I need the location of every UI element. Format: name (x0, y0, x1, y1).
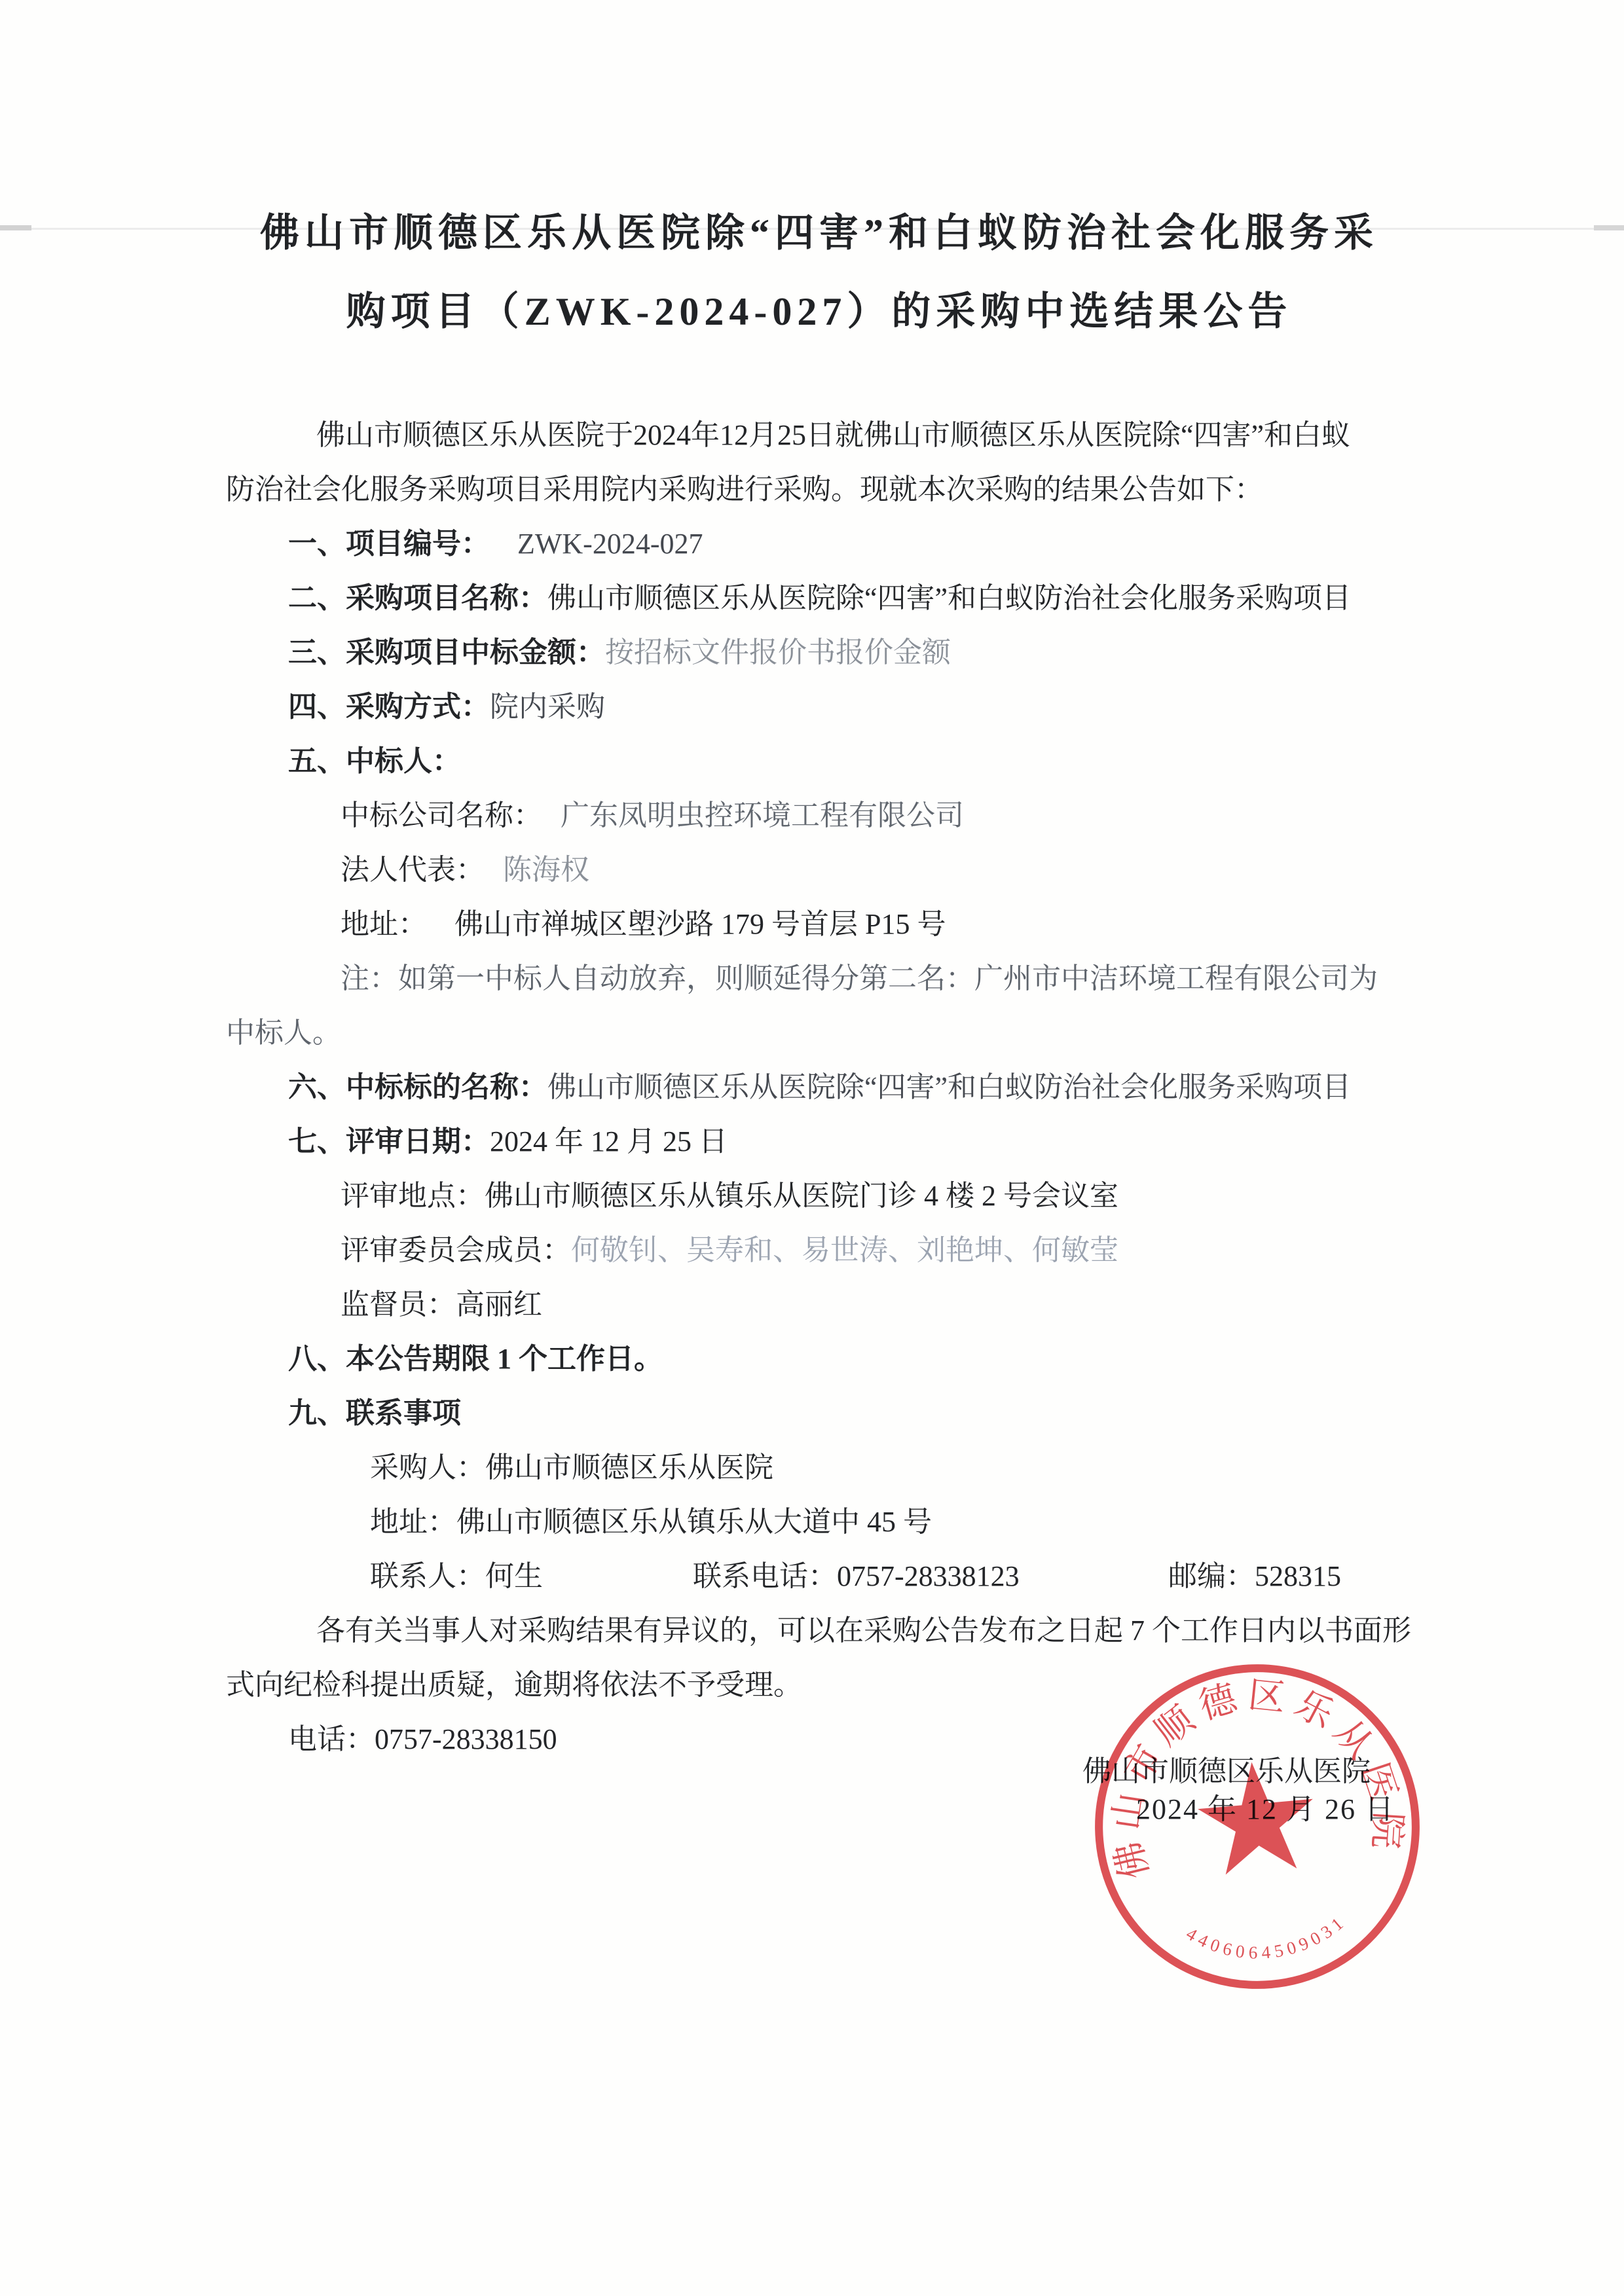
contact-address-label: 地址： (370, 1506, 456, 1538)
contact-buyer-line: 采购人：佛山市顺德区乐从医院 (226, 1440, 1412, 1495)
stamp-serial: 4406064509031 (1181, 1910, 1353, 1969)
page-title: 佛山市顺德区乐从医院除“四害”和白蚁防治社会化服务采 购项目（ZWK-2024-… (226, 194, 1412, 351)
review-place-value: 佛山市顺德区乐从镇乐从医院门诊 4 楼 2 号会议室 (485, 1180, 1118, 1212)
item-project-number: 一、项目编号：ZWK-2024-027 (226, 517, 1412, 571)
review-supervisor-label: 监督员： (341, 1288, 456, 1321)
title-line-2: 购项目（ZWK-2024-027）的采购中选结果公告 (226, 272, 1412, 351)
star-icon (1194, 1757, 1319, 1876)
closing-tel-value: 0757-28338150 (375, 1723, 557, 1755)
item-label: 一、项目编号： (288, 528, 490, 560)
item-subject-name: 六、中标标的名称：佛山市顺德区乐从医院除“四害”和白蚁防治社会化服务采购项目 (226, 1060, 1412, 1114)
procurement-method-value: 院内采购 (490, 691, 605, 723)
item-winner-heading: 五、中标人： (226, 734, 1412, 788)
closing-tel-label: 电话： (288, 1723, 375, 1755)
review-supervisor-line: 监督员：高丽红 (226, 1277, 1412, 1332)
contact-phone-label: 联系电话： (693, 1560, 837, 1592)
winner-legal-label: 法人代表： (341, 854, 485, 886)
contact-person-label: 联系人： (370, 1560, 485, 1592)
scan-artifact-right (1594, 225, 1624, 230)
project-name-value: 佛山市顺德区乐从医院除“四害”和白蚁防治社会化服务采购项目 (547, 582, 1351, 614)
winner-legal-line: 法人代表：陈海权 (226, 843, 1412, 897)
item-label: 三、采购项目中标金额： (288, 636, 605, 668)
document-page: 佛山市顺德区乐从医院除“四害”和白蚁防治社会化服务采 购项目（ZWK-2024-… (0, 0, 1624, 2296)
contact-buyer-value: 佛山市顺德区乐从医院 (485, 1451, 773, 1484)
title-line-1: 佛山市顺德区乐从医院除“四害”和白蚁防治社会化服务采 (226, 194, 1412, 272)
winner-address-value: 佛山市禅城区塱沙路 179 号首层 P15 号 (454, 908, 946, 940)
intro-line-1: 佛山市顺德区乐从医院于2024年12月25日就佛山市顺德区乐从医院除“四害”和白… (226, 408, 1412, 462)
contact-address-value: 佛山市顺德区乐从镇乐从大道中 45 号 (456, 1506, 932, 1538)
award-amount-value: 按招标文件报价书报价金额 (605, 636, 951, 668)
document-body: 佛山市顺德区乐从医院于2024年12月25日就佛山市顺德区乐从医院除“四害”和白… (226, 408, 1412, 1766)
contact-postcode-label: 邮编： (1168, 1560, 1255, 1592)
item-label: 二、采购项目名称： (288, 582, 547, 614)
contact-postcode-value: 528315 (1255, 1560, 1341, 1592)
item-label: 七、评审日期： (288, 1125, 490, 1157)
item-procurement-method: 四、采购方式：院内采购 (226, 680, 1412, 734)
winner-address-label: 地址： (341, 908, 427, 940)
closing-line-1: 各有关当事人对采购结果有异议的，可以在采购公告发布之日起 7 个工作日内以书面形 (226, 1603, 1412, 1658)
contact-buyer-label: 采购人： (370, 1451, 485, 1484)
winner-address-line: 地址：佛山市禅城区塱沙路 179 号首层 P15 号 (226, 897, 1412, 951)
winner-company-line: 中标公司名称：广东凤明虫控环境工程有限公司 (226, 788, 1412, 843)
official-seal: 佛山市顺德区乐从医院 4406064509031 (1071, 1641, 1443, 2013)
scan-artifact-left (0, 225, 31, 230)
item-label: 六、中标标的名称： (288, 1071, 547, 1103)
contact-phone-value: 0757-28338123 (837, 1560, 1020, 1592)
review-committee-line: 评审委员会成员：何敬钊、吴寿和、易世涛、刘艳坤、何敏莹 (226, 1223, 1412, 1277)
review-place-line: 评审地点：佛山市顺德区乐从镇乐从医院门诊 4 楼 2 号会议室 (226, 1169, 1412, 1223)
winner-legal-value: 陈海权 (503, 854, 589, 886)
intro-line-2: 防治社会化服务采购项目采用院内采购进行采购。现就本次采购的结果公告如下： (226, 462, 1412, 517)
contact-address-line: 地址：佛山市顺德区乐从镇乐从大道中 45 号 (226, 1495, 1412, 1549)
winner-company-label: 中标公司名称： (341, 799, 542, 831)
review-place-label: 评审地点： (341, 1180, 485, 1212)
review-committee-label: 评审委员会成员： (341, 1234, 571, 1266)
review-committee-value: 何敬钊、吴寿和、易世涛、刘艳坤、何敏莹 (571, 1234, 1118, 1266)
contact-person-line: 联系人：何生 联系电话：0757-28338123 邮编：528315 (226, 1549, 1412, 1603)
review-date-value: 2024 年 12 月 25 日 (490, 1125, 728, 1157)
project-number-value: ZWK-2024-027 (517, 528, 703, 560)
review-supervisor-value: 高丽红 (456, 1288, 542, 1321)
subject-name-value: 佛山市顺德区乐从医院除“四害”和白蚁防治社会化服务采购项目 (547, 1071, 1351, 1103)
item-notice-period: 八、本公告期限 1 个工作日。 (226, 1332, 1412, 1386)
item-review-date: 七、评审日期：2024 年 12 月 25 日 (226, 1114, 1412, 1169)
item-label: 四、采购方式： (288, 691, 490, 723)
winner-note-line-1: 注：如第一中标人自动放弃，则顺延得分第二名：广州市中洁环境工程有限公司为 (226, 951, 1412, 1006)
winner-note-line-2: 中标人。 (226, 1006, 1412, 1060)
winner-company-value: 广东凤明虫控环境工程有限公司 (561, 799, 964, 831)
item-project-name: 二、采购项目名称：佛山市顺德区乐从医院除“四害”和白蚁防治社会化服务采购项目 (226, 571, 1412, 625)
item-award-amount: 三、采购项目中标金额：按招标文件报价书报价金额 (226, 625, 1412, 680)
contact-person-value: 何生 (485, 1560, 543, 1592)
item-contact-heading: 九、联系事项 (226, 1386, 1412, 1440)
